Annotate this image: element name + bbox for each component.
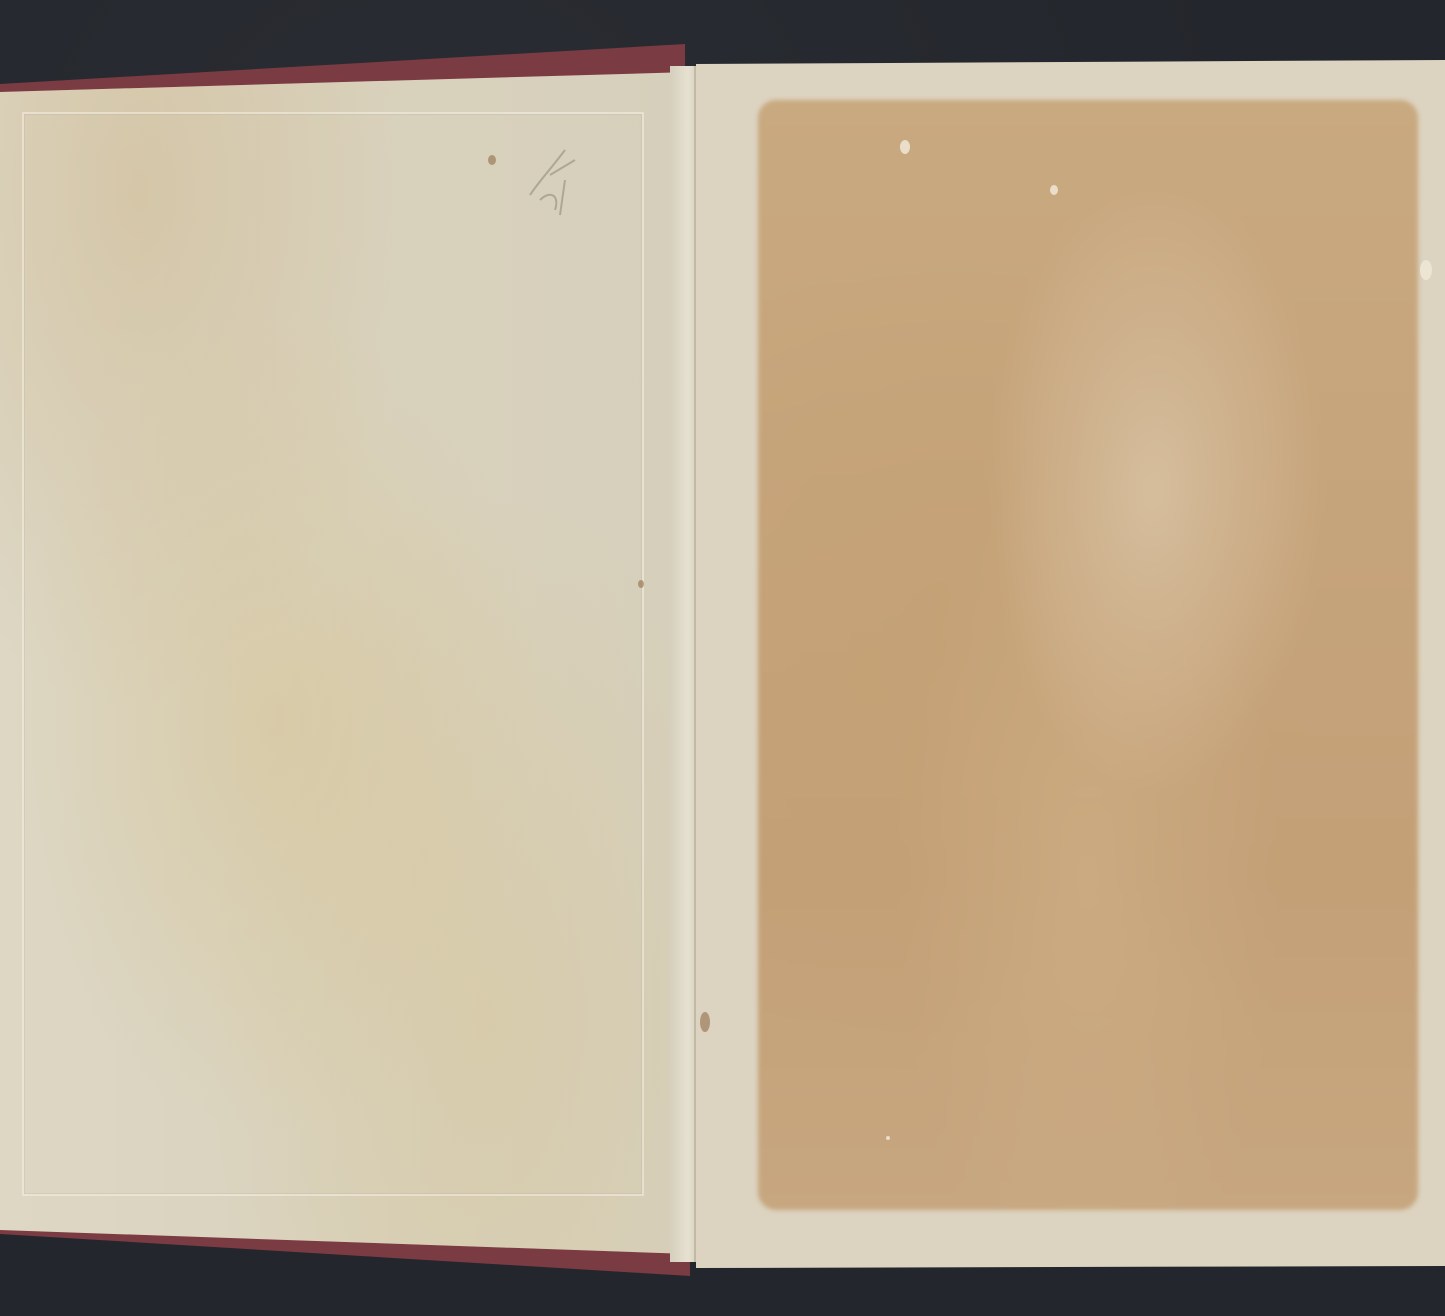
pencil-mark-icon: [520, 140, 590, 220]
foxing-spot: [638, 580, 644, 588]
foxing-spot: [700, 1012, 710, 1032]
hinge-crease: [694, 66, 696, 1262]
paper-spot: [886, 1136, 890, 1140]
paper-spot: [900, 140, 910, 154]
embossed-border: [22, 112, 644, 1196]
foxing-stain: [758, 100, 1418, 1210]
foxing-spot: [488, 155, 496, 165]
book-photo: [0, 0, 1445, 1316]
paper-spot: [1050, 185, 1058, 195]
paper-spot: [1420, 260, 1432, 280]
